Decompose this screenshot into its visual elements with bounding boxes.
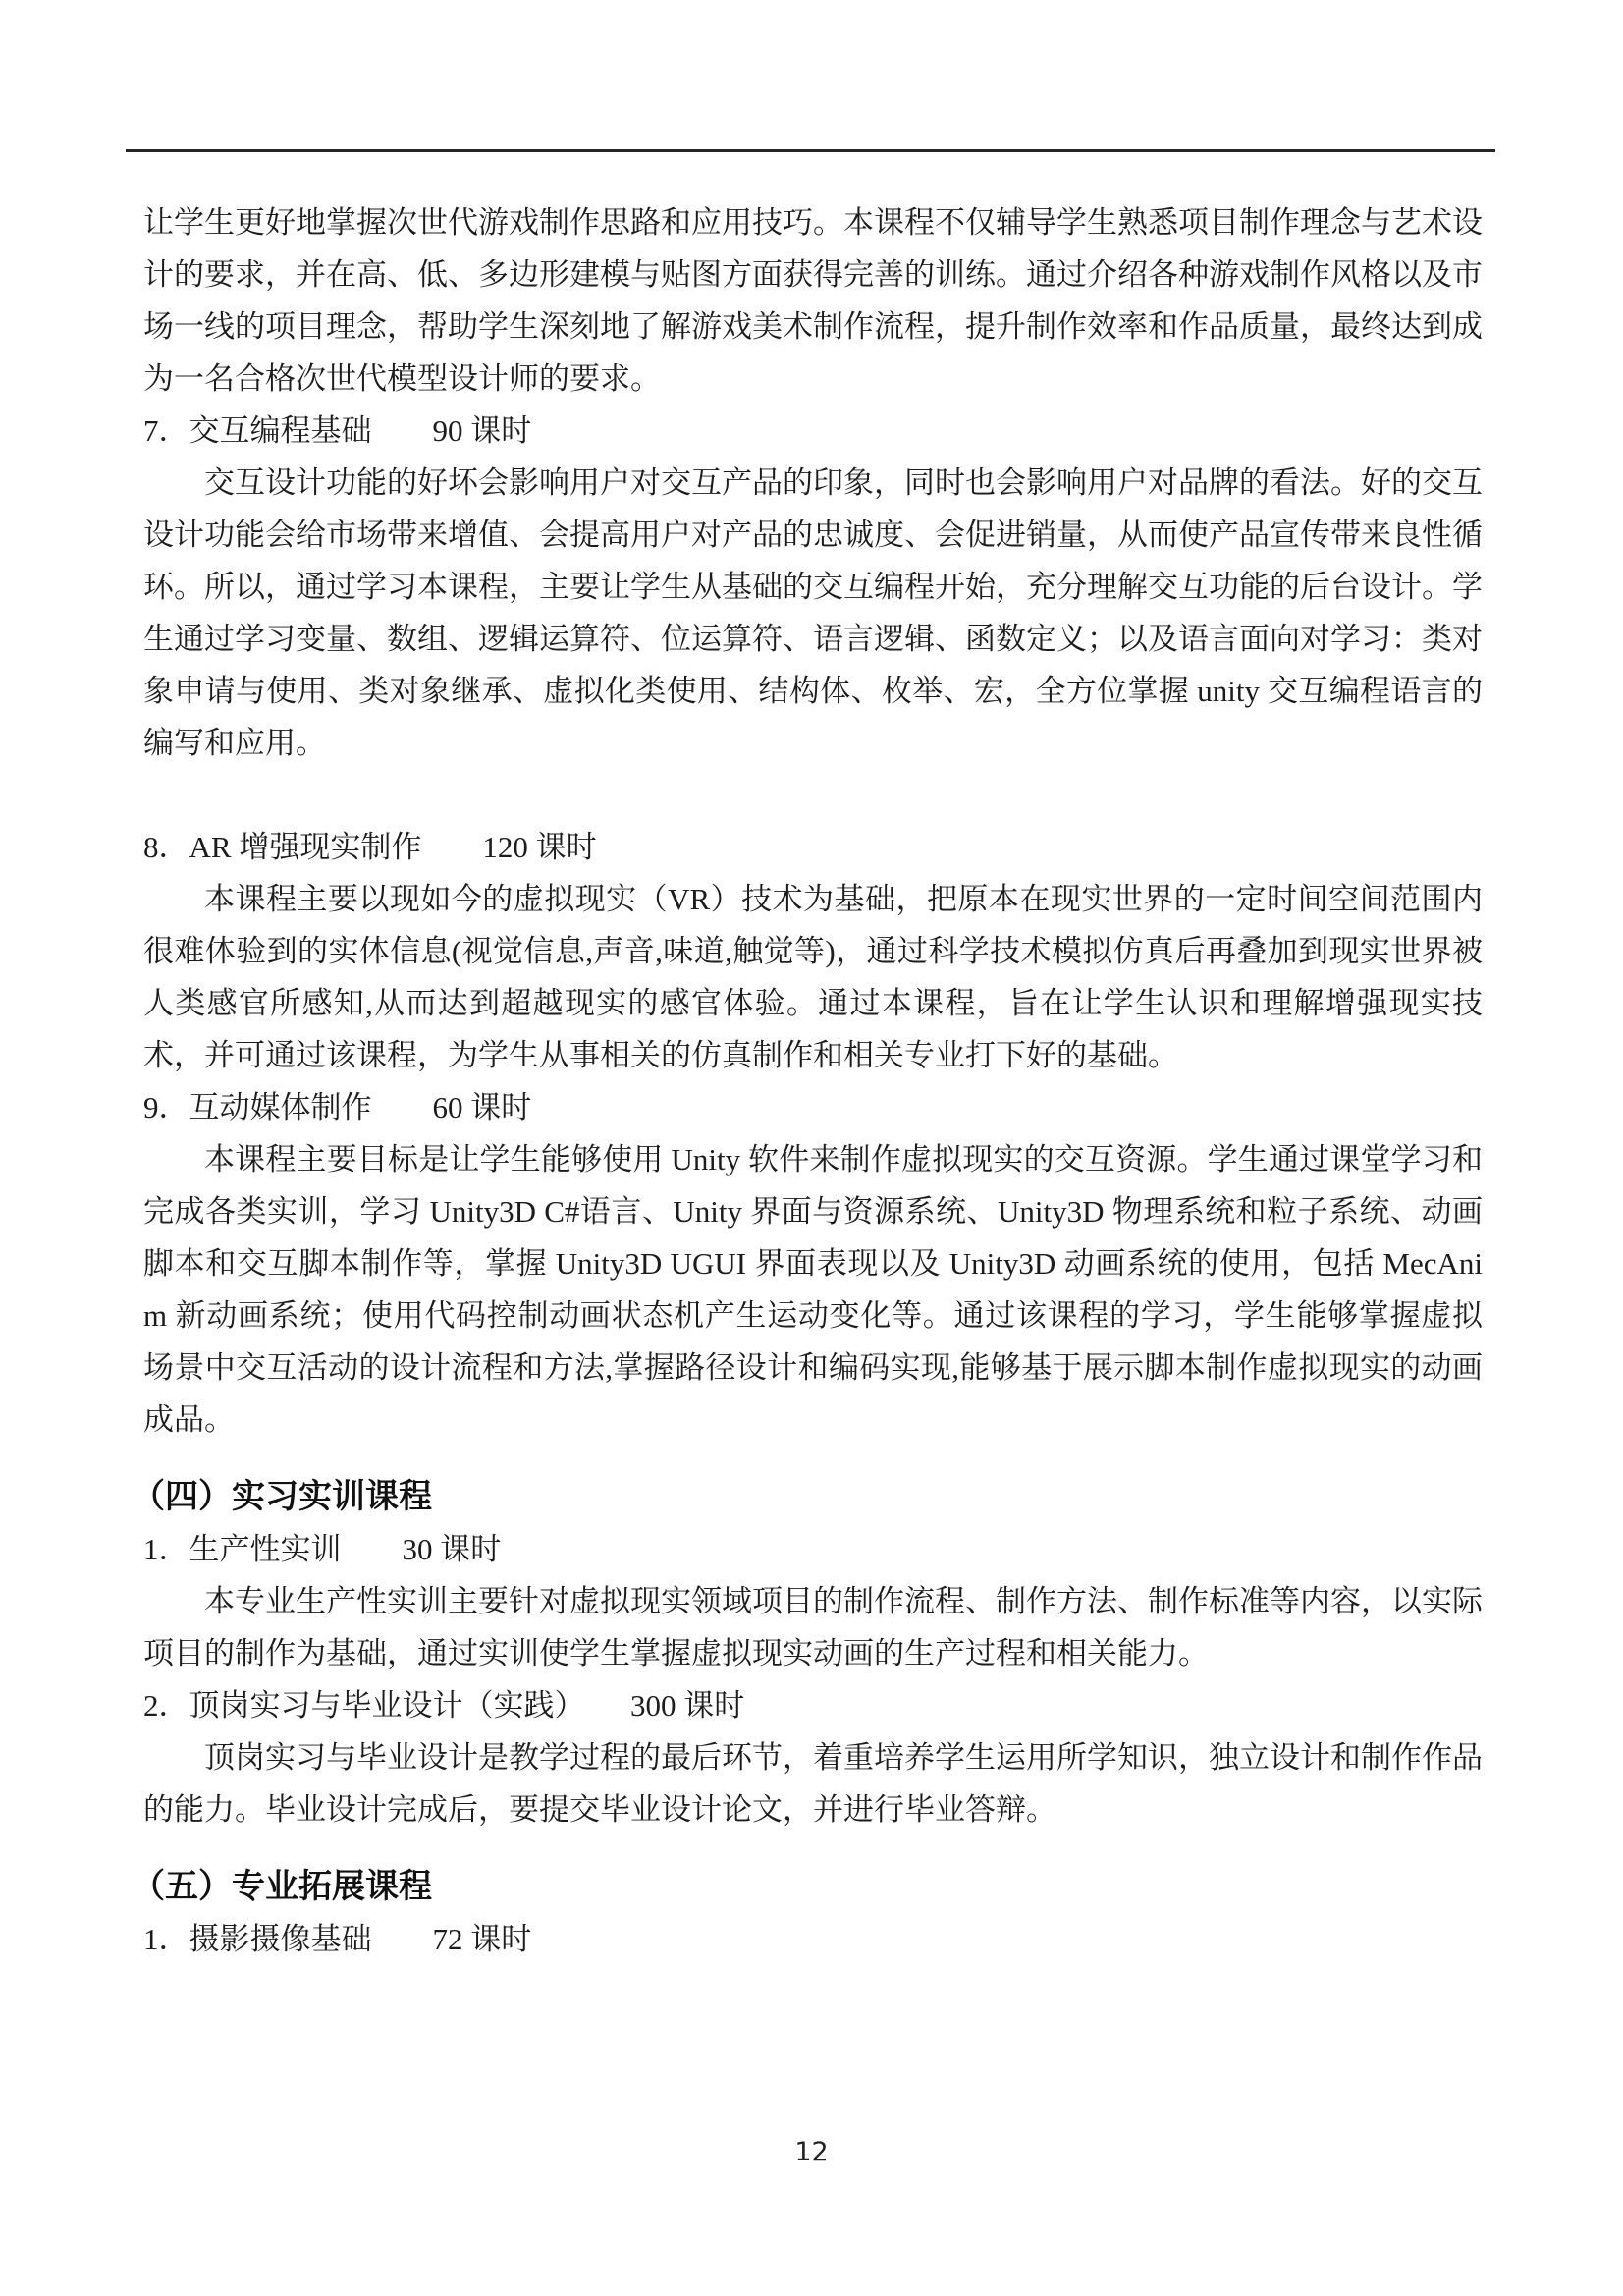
- course7-description: 交互设计功能的好坏会影响用户对交互产品的印象，同时也会影响用户对品牌的看法。好的…: [143, 457, 1483, 769]
- course7-heading: 7．交互编程基础 90 课时: [143, 405, 1483, 457]
- section5-item1-heading: 1．摄影摄像基础 72 课时: [143, 1913, 1483, 1965]
- header-rule: [126, 149, 1495, 152]
- paragraph-continued: 让学生更好地掌握次世代游戏制作思路和应用技巧。本课程不仅辅导学生熟悉项目制作理念…: [143, 196, 1483, 405]
- section4-item2-heading: 2．顶岗实习与毕业设计（实践） 300 课时: [143, 1679, 1483, 1731]
- page-footer: 12: [0, 2137, 1623, 2167]
- section4-item1-heading: 1．生产性实训 30 课时: [143, 1523, 1483, 1575]
- section5-title: （五）专业拓展课程: [132, 1861, 1483, 1913]
- course9-description: 本课程主要目标是让学生能够使用 Unity 软件来制作虚拟现实的交互资源。学生通…: [143, 1133, 1483, 1446]
- section4-title: （四）实习实训课程: [132, 1471, 1483, 1523]
- course9-heading: 9．互动媒体制作 60 课时: [143, 1081, 1483, 1133]
- document-page: 让学生更好地掌握次世代游戏制作思路和应用技巧。本课程不仅辅导学生熟悉项目制作理念…: [0, 0, 1623, 2296]
- page-content: 让学生更好地掌握次世代游戏制作思路和应用技巧。本课程不仅辅导学生熟悉项目制作理念…: [143, 196, 1483, 1965]
- page-number: 12: [794, 2137, 828, 2167]
- course8-description: 本课程主要以现如今的虚拟现实（VR）技术为基础，把原本在现实世界的一定时间空间范…: [143, 873, 1483, 1081]
- course8-heading: 8．AR 增强现实制作 120 课时: [143, 821, 1483, 873]
- section4-item1-description: 本专业生产性实训主要针对虚拟现实领域项目的制作流程、制作方法、制作标准等内容，以…: [143, 1575, 1483, 1679]
- section4-item2-description: 顶岗实习与毕业设计是教学过程的最后环节，着重培养学生运用所学知识，独立设计和制作…: [143, 1731, 1483, 1835]
